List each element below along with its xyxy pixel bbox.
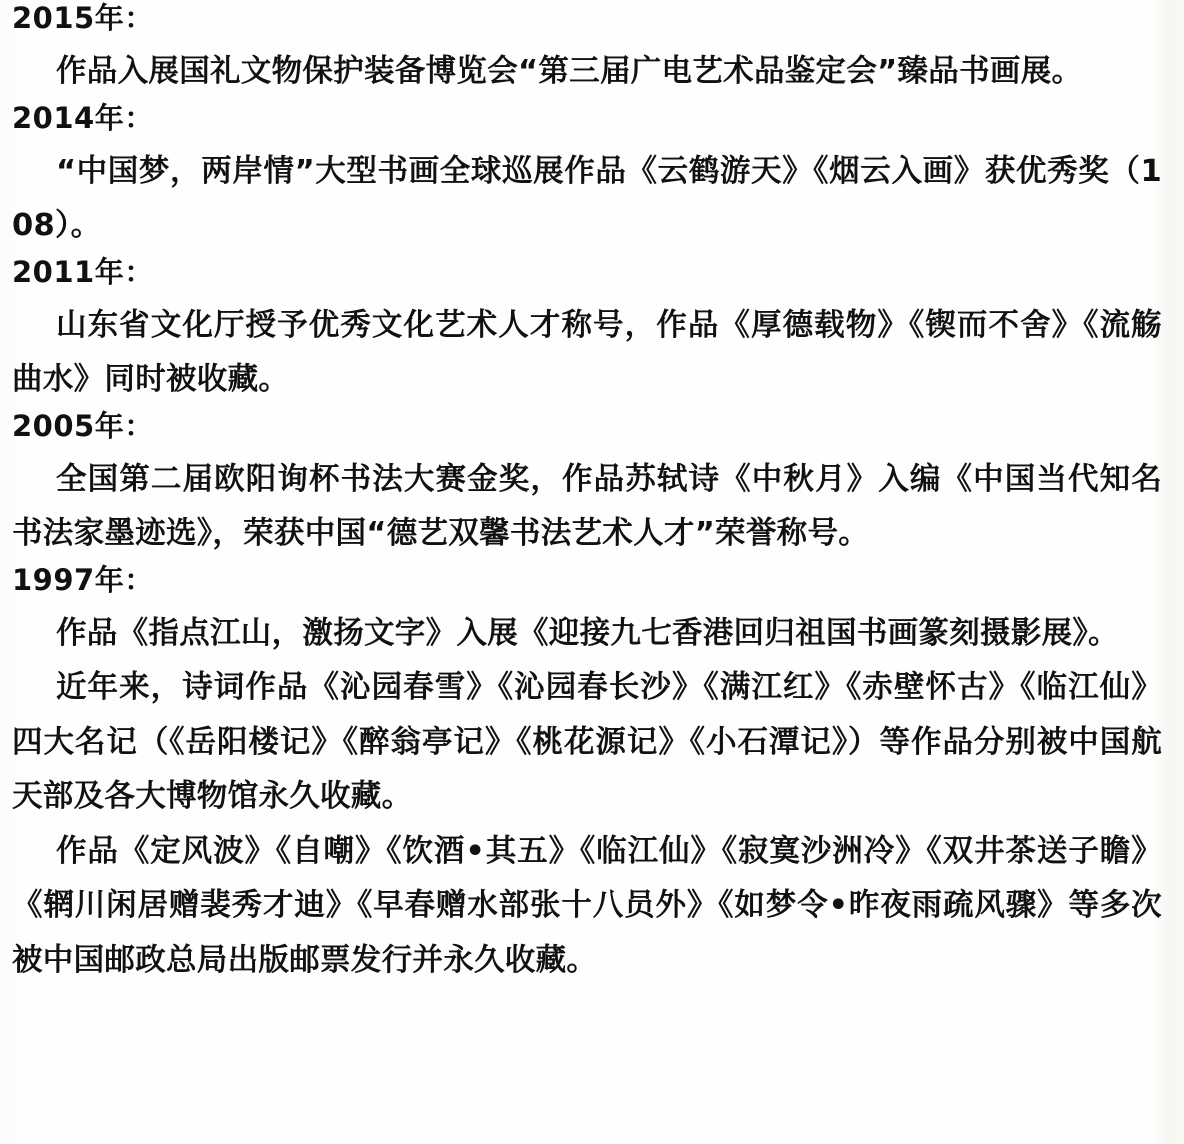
entry-1997: 1997年： 作品《指点江山，激扬文字》入展《迎接九七香港回归祖国书画篆刻摄影展… [12, 553, 1162, 662]
collection-note-poetry: 近年来，诗词作品《沁园春雪》《沁园春长沙》《满江红》《赤壁怀古》《临江仙》四大名… [12, 661, 1162, 825]
entry-text: 作品《指点江山，激扬文字》入展《迎接九七香港回归祖国书画篆刻摄影展》。 [12, 607, 1162, 662]
entry-2014: 2014年： “中国梦，两岸情”大型书画全球巡展作品《云鹤游天》《烟云入画》获优… [12, 91, 1162, 254]
entry-text: 全国第二届欧阳询杯书法大赛金奖，作品苏轼诗《中秋月》入编《中国当代知名书法家墨迹… [12, 453, 1162, 562]
year-heading: 2011年： [12, 245, 1162, 299]
entry-2011: 2011年： 山东省文化厅授予优秀文化艺术人才称号，作品《厚德载物》《锲而不舍》… [12, 245, 1162, 408]
collection-note-stamps: 作品《定风波》《自嘲》《饮酒•其五》《临江仙》《寂寞沙洲冷》《双井茶送子瞻》《辋… [12, 825, 1162, 989]
entry-2005: 2005年： 全国第二届欧阳询杯书法大赛金奖，作品苏轼诗《中秋月》入编《中国当代… [12, 399, 1162, 562]
collection-notes: 近年来，诗词作品《沁园春雪》《沁园春长沙》《满江红》《赤壁怀古》《临江仙》四大名… [12, 661, 1162, 988]
award-history-document: 2015年： 作品入展国礼文物保护装备博览会“第三届广电艺术品鉴定会”臻品书画展… [12, 0, 1162, 988]
year-heading: 2015年： [12, 0, 1162, 45]
entry-2015: 2015年： 作品入展国礼文物保护装备博览会“第三届广电艺术品鉴定会”臻品书画展… [12, 0, 1162, 100]
entry-text: “中国梦，两岸情”大型书画全球巡展作品《云鹤游天》《烟云入画》获优秀奖（108）… [12, 145, 1162, 254]
document-page: 2015年： 作品入展国礼文物保护装备博览会“第三届广电艺术品鉴定会”臻品书画展… [0, 0, 1184, 1144]
entry-text: 作品入展国礼文物保护装备博览会“第三届广电艺术品鉴定会”臻品书画展。 [12, 45, 1162, 100]
yearly-entries: 2015年： 作品入展国礼文物保护装备博览会“第三届广电艺术品鉴定会”臻品书画展… [12, 0, 1162, 661]
entry-text: 山东省文化厅授予优秀文化艺术人才称号，作品《厚德载物》《锲而不舍》《流觞曲水》同… [12, 299, 1162, 408]
